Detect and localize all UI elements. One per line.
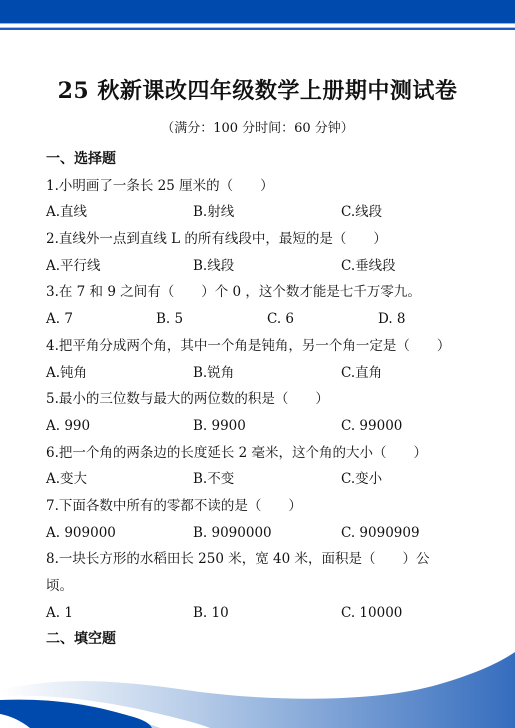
- header-band: [0, 0, 515, 23]
- options-7: A. 909000 B. 9090000 C. 9090909: [46, 520, 486, 547]
- page-title: 25 秋新课改四年级数学上册期中测试卷: [0, 76, 515, 106]
- options-4: A.钝角 B.锐角 C.直角: [46, 360, 486, 387]
- option-b: B. 5: [156, 306, 183, 333]
- option-c: C.变小: [341, 466, 382, 493]
- question-6: 6.把一个角的两条边的长度延长 2 毫米，这个角的大小（ ）: [46, 440, 486, 467]
- options-8: A. 1 B. 10 C. 10000: [46, 600, 486, 627]
- exam-info: （满分：100 分时间：60 分钟）: [0, 120, 515, 138]
- option-c: C. 6: [267, 306, 294, 333]
- question-1: 1.小明画了一条长 25 厘米的（ ）: [46, 173, 486, 200]
- header-thin-line: [0, 23, 515, 24]
- option-a: A.平行线: [46, 253, 101, 280]
- option-c: C.直角: [341, 360, 382, 387]
- option-c: C. 9090909: [341, 520, 420, 547]
- option-b: B. 10: [193, 600, 229, 627]
- option-a: A.钝角: [46, 360, 87, 387]
- question-5: 5.最小的三位数与最大的两位数的积是（ ）: [46, 386, 486, 413]
- option-b: B.线段: [193, 253, 234, 280]
- options-2: A.平行线 B.线段 C.垂线段: [46, 253, 486, 280]
- options-5: A. 990 B. 9900 C. 99000: [46, 413, 486, 440]
- question-3: 3.在 7 和 9 之间有（ ）个 0 ，这个数才能是七千万零九。: [46, 279, 486, 306]
- footer-wave-decoration: [0, 640, 515, 728]
- option-a: A. 7: [46, 306, 73, 333]
- options-6: A.变大 B.不变 C.变小: [46, 466, 486, 493]
- option-b: B. 9900: [193, 413, 246, 440]
- options-3: A. 7 B. 5 C. 6 D. 8: [46, 306, 486, 333]
- option-b: B.射线: [193, 199, 234, 226]
- section-heading-choice: 一、选择题: [46, 146, 486, 173]
- option-a: A. 1: [46, 600, 73, 627]
- question-8-continued: 顷。: [46, 573, 486, 600]
- options-1: A.直线 B.射线 C.线段: [46, 199, 486, 226]
- option-c: C. 99000: [341, 413, 402, 440]
- option-d: D. 8: [378, 306, 406, 333]
- question-7: 7.下面各数中所有的零都不读的是（ ）: [46, 493, 486, 520]
- question-4: 4.把平角分成两个角，其中一个角是钝角，另一个角一定是（ ）: [46, 333, 486, 360]
- option-c: C. 10000: [341, 600, 402, 627]
- option-c: C.线段: [341, 199, 382, 226]
- question-2: 2.直线外一点到直线 L 的所有线段中，最短的是（ ）: [46, 226, 486, 253]
- option-a: A.变大: [46, 466, 87, 493]
- question-8: 8.一块长方形的水稻田长 250 米，宽 40 米，面积是（ ）公: [46, 546, 486, 573]
- header-rule: [0, 27, 515, 30]
- option-a: A.直线: [46, 199, 87, 226]
- option-b: B.锐角: [193, 360, 234, 387]
- exam-content: 一、选择题 1.小明画了一条长 25 厘米的（ ） A.直线 B.射线 C.线段…: [46, 146, 486, 653]
- option-a: A. 909000: [46, 520, 116, 547]
- option-b: B. 9090000: [193, 520, 272, 547]
- option-c: C.垂线段: [341, 253, 396, 280]
- option-b: B.不变: [193, 466, 234, 493]
- option-a: A. 990: [46, 413, 90, 440]
